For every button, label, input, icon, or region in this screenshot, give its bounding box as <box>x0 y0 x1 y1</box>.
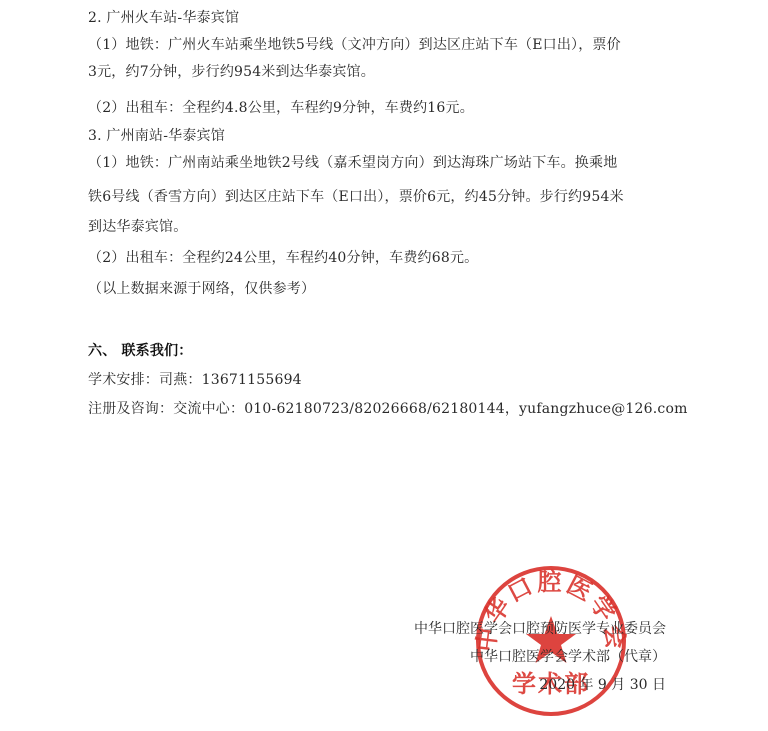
contact-heading: 六、 联系我们： <box>88 342 192 360</box>
section-line: （1）地铁：广州火车站乘坐地铁5号线（文冲方向）到达区庄站下车（E口出），票价 <box>88 36 621 54</box>
section-title-guangzhou-station: 2. 广州火车站-华泰宾馆 <box>88 9 239 27</box>
section-line: 铁6号线（香雪方向）到达区庄站下车（E口出），票价6元，约45分钟。步行约954… <box>88 188 624 206</box>
section-line: 到达华泰宾馆。 <box>88 218 187 236</box>
section-line: 3元，约7分钟，步行约954米到达华泰宾馆。 <box>88 63 375 81</box>
signature-org-committee: 中华口腔医学会口腔预防医学专业委员会 <box>414 620 666 638</box>
document-page: 2. 广州火车站-华泰宾馆 （1）地铁：广州火车站乘坐地铁5号线（文冲方向）到达… <box>0 0 768 731</box>
official-seal-icon: 中华口腔医学会 学术部 <box>474 564 628 718</box>
section-line: （2）出租车：全程约4.8公里，车程约9分钟，车费约16元。 <box>88 99 474 117</box>
disclaimer-note: （以上数据来源于网络，仅供参考） <box>88 280 315 298</box>
section-line: （1）地铁：广州南站乘坐地铁2号线（嘉禾望岗方向）到达海珠广场站下车。换乘地 <box>88 154 617 172</box>
section-title-guangzhou-south: 3. 广州南站-华泰宾馆 <box>88 127 225 145</box>
signature-org-department: 中华口腔医学会学术部（代章） <box>470 648 666 666</box>
academic-contact: 学术安排：司燕：13671155694 <box>88 371 302 389</box>
registration-contact: 注册及咨询：交流中心：010-62180723/82026668/6218014… <box>88 400 688 418</box>
section-line: （2）出租车：全程约24公里，车程约40分钟，车费约68元。 <box>88 249 478 267</box>
signature-date: 2020 年 9 月 30 日 <box>539 676 666 694</box>
